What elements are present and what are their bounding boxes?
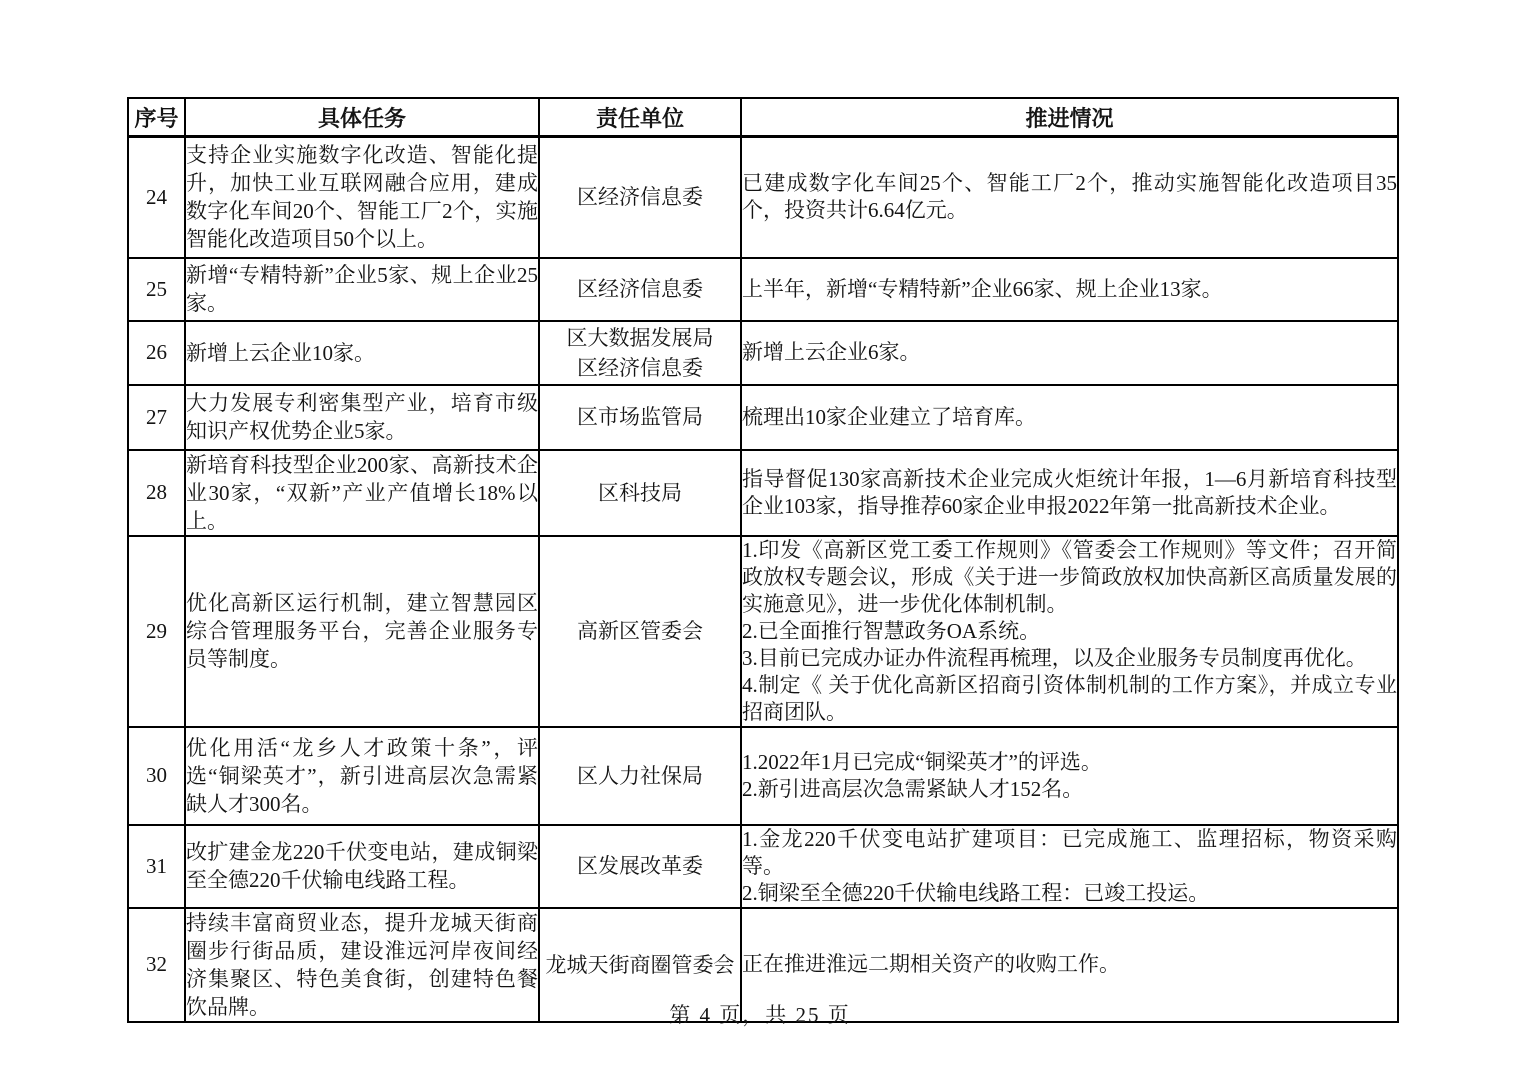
table-header-row: 序号 具体任务 责任单位 推进情况: [128, 98, 1398, 137]
table-row: 29 优化高新区运行机制，建立智慧园区综合管理服务平台，完善企业服务专员等制度。…: [128, 536, 1398, 727]
progress-cell: 上半年，新增“专精特新”企业66家、规上企业13家。: [741, 258, 1398, 321]
progress-table: 序号 具体任务 责任单位 推进情况 24 支持企业实施数字化改造、智能化提升，加…: [127, 97, 1399, 1023]
unit-cell: 区经济信息委: [539, 137, 741, 258]
progress-cell: 新增上云企业6家。: [741, 321, 1398, 385]
progress-cell: 已建成数字化车间25个、智能工厂2个，推动实施智能化改造项目35个，投资共计6.…: [741, 137, 1398, 258]
unit-cell: 区经济信息委: [539, 258, 741, 321]
unit-cell: 高新区管委会: [539, 536, 741, 727]
header-progress: 推进情况: [741, 98, 1398, 137]
task-cell: 支持企业实施数字化改造、智能化提升，加快工业互联网融合应用，建成数字化车间20个…: [185, 137, 539, 258]
progress-cell: 梳理出10家企业建立了培育库。: [741, 385, 1398, 450]
row-number-cell: 29: [128, 536, 185, 727]
progress-cell: 1.2022年1月已完成“铜梁英才”的评选。 2.新引进高层次急需紧缺人才152…: [741, 727, 1398, 825]
row-number-cell: 28: [128, 450, 185, 536]
row-number-cell: 30: [128, 727, 185, 825]
header-task: 具体任务: [185, 98, 539, 137]
task-cell: 改扩建金龙220千伏变电站，建成铜梁至全德220千伏输电线路工程。: [185, 825, 539, 908]
row-number-cell: 24: [128, 137, 185, 258]
table-row: 25 新增“专精特新”企业5家、规上企业25家。 区经济信息委 上半年，新增“专…: [128, 258, 1398, 321]
table-row: 24 支持企业实施数字化改造、智能化提升，加快工业互联网融合应用，建成数字化车间…: [128, 137, 1398, 258]
table-row: 30 优化用活“龙乡人才政策十条”，评选“铜梁英才”，新引进高层次急需紧缺人才3…: [128, 727, 1398, 825]
unit-cell: 区发展改革委: [539, 825, 741, 908]
task-cell: 新增“专精特新”企业5家、规上企业25家。: [185, 258, 539, 321]
row-number-cell: 27: [128, 385, 185, 450]
task-cell: 大力发展专利密集型产业，培育市级知识产权优势企业5家。: [185, 385, 539, 450]
header-unit: 责任单位: [539, 98, 741, 137]
document-page: 序号 具体任务 责任单位 推进情况 24 支持企业实施数字化改造、智能化提升，加…: [0, 0, 1520, 1074]
row-number-cell: 26: [128, 321, 185, 385]
task-cell: 新增上云企业10家。: [185, 321, 539, 385]
row-number-cell: 31: [128, 825, 185, 908]
unit-cell: 区人力社保局: [539, 727, 741, 825]
unit-cell: 区科技局: [539, 450, 741, 536]
table-row: 28 新培育科技型企业200家、高新技术企业30家，“双新”产业产值增长18%以…: [128, 450, 1398, 536]
page-number-label: 第 4 页，共 25 页: [0, 999, 1520, 1029]
row-number-cell: 25: [128, 258, 185, 321]
task-cell: 优化高新区运行机制，建立智慧园区综合管理服务平台，完善企业服务专员等制度。: [185, 536, 539, 727]
table-row: 27 大力发展专利密集型产业，培育市级知识产权优势企业5家。 区市场监管局 梳理…: [128, 385, 1398, 450]
header-num: 序号: [128, 98, 185, 137]
table-row: 31 改扩建金龙220千伏变电站，建成铜梁至全德220千伏输电线路工程。 区发展…: [128, 825, 1398, 908]
task-cell: 新培育科技型企业200家、高新技术企业30家，“双新”产业产值增长18%以上。: [185, 450, 539, 536]
progress-cell: 指导督促130家高新技术企业完成火炬统计年报，1—6月新培育科技型企业103家，…: [741, 450, 1398, 536]
progress-cell: 1.金龙220千伏变电站扩建项目：已完成施工、监理招标，物资采购等。 2.铜梁至…: [741, 825, 1398, 908]
table-row: 26 新增上云企业10家。 区大数据发展局 区经济信息委 新增上云企业6家。: [128, 321, 1398, 385]
unit-cell: 区大数据发展局 区经济信息委: [539, 321, 741, 385]
progress-cell: 1.印发《高新区党工委工作规则》《管委会工作规则》等文件；召开简政放权专题会议，…: [741, 536, 1398, 727]
unit-cell: 区市场监管局: [539, 385, 741, 450]
task-cell: 优化用活“龙乡人才政策十条”，评选“铜梁英才”，新引进高层次急需紧缺人才300名…: [185, 727, 539, 825]
